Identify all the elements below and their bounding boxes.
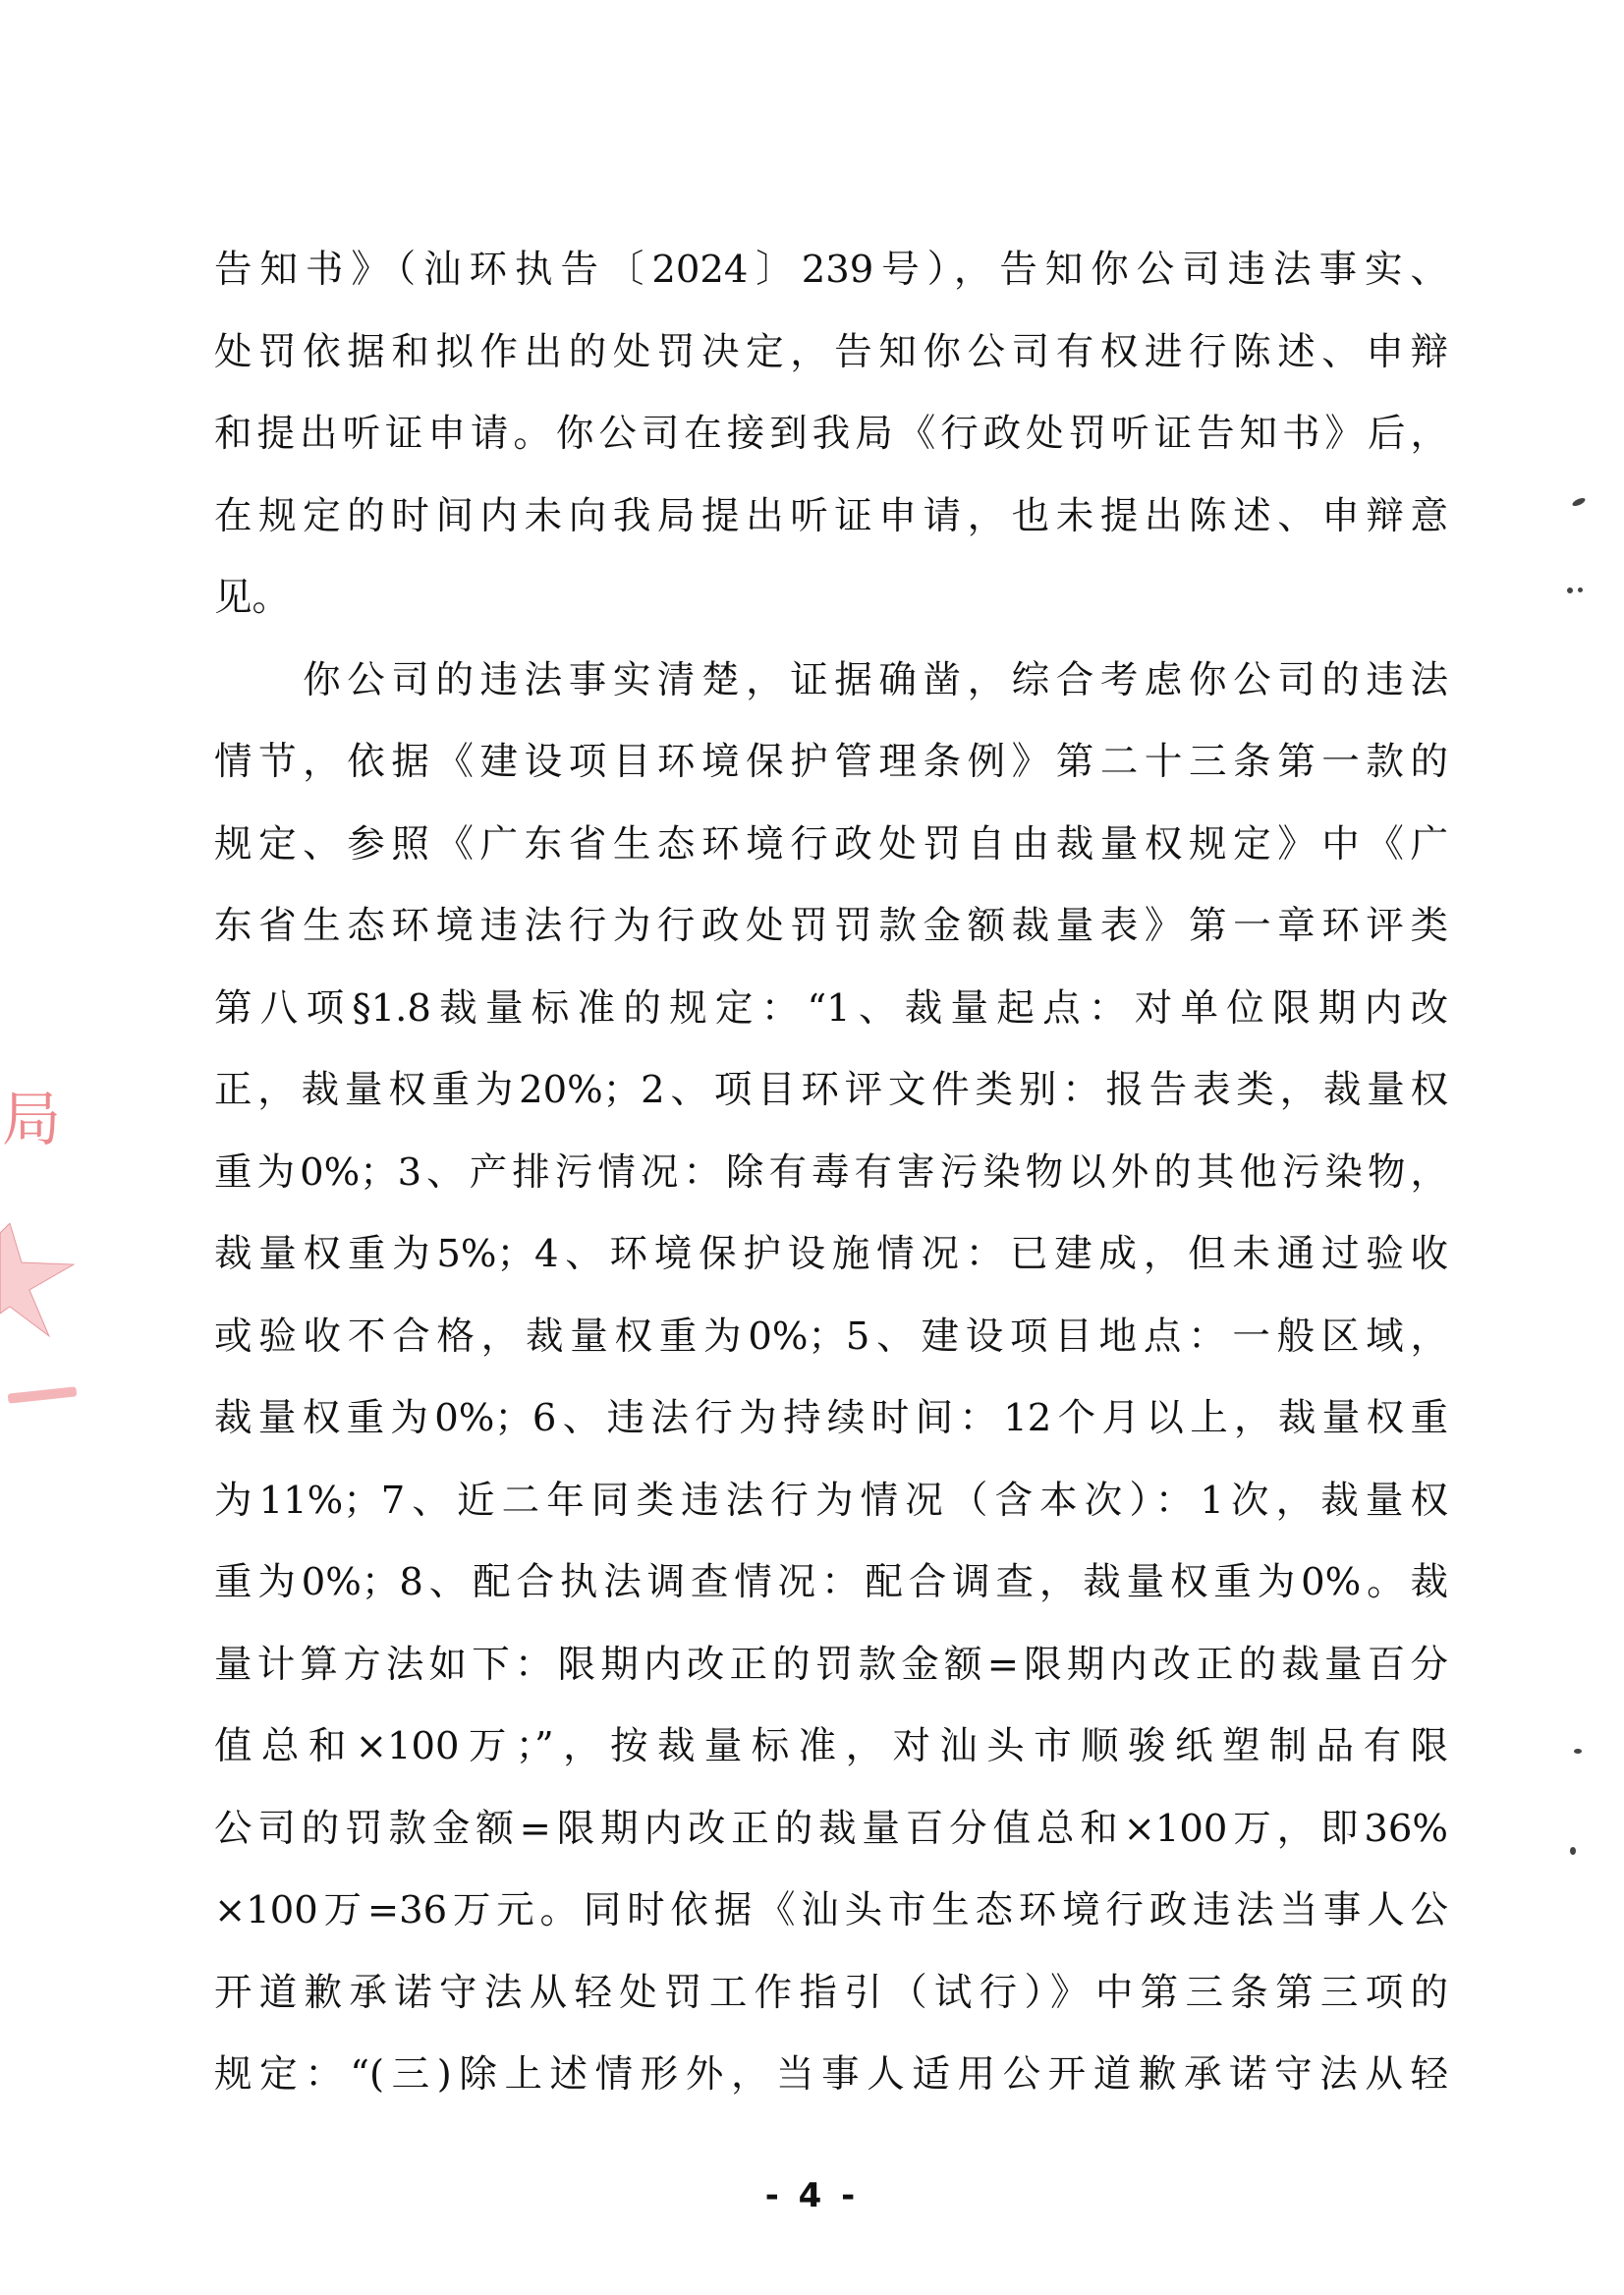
- scan-speck: [1578, 588, 1583, 592]
- text-line: 规定、参照《广东省生态环境行政处罚自由裁量权规定》中《广: [214, 811, 1448, 893]
- text-line: 重为0%；8、配合执法调查情况：配合调查，裁量权重为0%。裁: [214, 1548, 1448, 1631]
- text-line: 规定：“(三)除上述情形外，当事人适用公开道歉承诺守法从轻: [214, 2041, 1448, 2123]
- text-line: 见。: [214, 564, 1448, 646]
- text-line: ×100万=36万元。同时依据《汕头市生态环境行政违法当事人公: [214, 1876, 1448, 1959]
- paragraph-start-line: 你公司的违法事实清楚，证据确凿，综合考虑你公司的违法: [214, 646, 1448, 729]
- red-official-seal-fragment: 局: [0, 1076, 79, 1400]
- text-line: 处罚依据和拟作出的处罚决定，告知你公司有权进行陈述、申辩: [214, 318, 1448, 401]
- document-page: 局 告知书》（汕环执告〔2024〕239号），告知你公司违法事实、 处罚依据和拟…: [0, 0, 1624, 2295]
- scan-speck: [1574, 1749, 1582, 1754]
- seal-character: 局: [2, 1081, 79, 1159]
- text-line: 量计算方法如下：限期内改正的罚款金额=限期内改正的裁量百分: [214, 1631, 1448, 1713]
- text-line: 东省生态环境违法行为行政处罚罚款金额裁量表》第一章环评类: [214, 892, 1448, 975]
- text-line: 开道歉承诺守法从轻处罚工作指引（试行）》中第三条第三项的: [214, 1959, 1448, 2042]
- seal-star-icon: [0, 1223, 79, 1341]
- text-line: 重为0%；3、产排污情况：除有毒有害污染物以外的其他污染物，: [214, 1139, 1448, 1221]
- page-number: - 4 -: [0, 2176, 1624, 2215]
- text-line: 为11%；7、近二年同类违法行为情况（含本次）：1次，裁量权: [214, 1467, 1448, 1549]
- text-line: 或验收不合格，裁量权重为0%；5、建设项目地点：一般区域，: [214, 1303, 1448, 1385]
- text-line: 在规定的时间内未向我局提出听证申请，也未提出陈述、申辩意: [214, 482, 1448, 565]
- text-line: 裁量权重为0%；6、违法行为持续时间：12个月以上，裁量权重: [214, 1384, 1448, 1467]
- scan-speck: [1571, 496, 1586, 507]
- text-line: 和提出听证申请。你公司在接到我局《行政处罚听证告知书》后，: [214, 400, 1448, 482]
- scan-speck: [1570, 1847, 1576, 1855]
- text-line: 正，裁量权重为20%；2、项目环评文件类别：报告表类，裁量权: [214, 1056, 1448, 1139]
- body-text: 告知书》（汕环执告〔2024〕239号），告知你公司违法事实、 处罚依据和拟作出…: [214, 236, 1448, 2123]
- text-line: 第八项§1.8裁量标准的规定：“1、裁量起点：对单位限期内改: [214, 975, 1448, 1057]
- text-line: 公司的罚款金额=限期内改正的裁量百分值总和×100万，即36%: [214, 1795, 1448, 1877]
- text-line: 值总和×100万；”，按裁量标准，对汕头市顺骏纸塑制品有限: [214, 1712, 1448, 1795]
- text-line: 告知书》（汕环执告〔2024〕239号），告知你公司违法事实、: [214, 236, 1448, 318]
- scan-speck: [1567, 588, 1573, 593]
- text-line: 情节，依据《建设项目环境保护管理条例》第二十三条第一款的: [214, 728, 1448, 811]
- text-line: 裁量权重为5%；4、环境保护设施情况：已建成，但未通过验收: [214, 1220, 1448, 1303]
- seal-arc-fragment: [8, 1386, 78, 1403]
